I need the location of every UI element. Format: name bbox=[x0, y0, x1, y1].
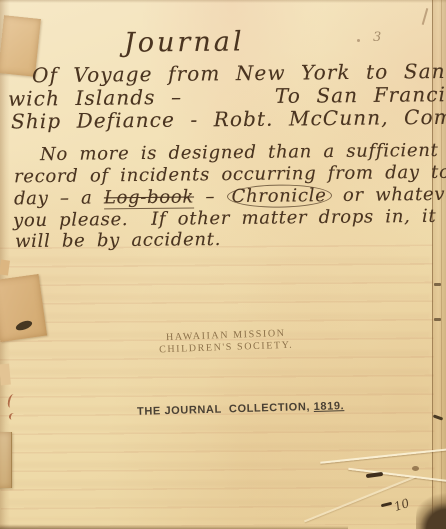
body-line-1: No more is designed than a sufficient bbox=[40, 140, 439, 165]
body-line-3-pre: day – a bbox=[14, 187, 104, 209]
paper-remnant bbox=[0, 364, 11, 386]
tape-patch-mid-left bbox=[0, 274, 47, 342]
pencil-number-mark: 3 bbox=[373, 30, 381, 45]
circled-text-chronicle: Chronicle bbox=[226, 184, 331, 208]
page-edge-bottom bbox=[0, 524, 348, 529]
pen-slash-mark bbox=[422, 8, 429, 25]
body-line-3-post: or whatever bbox=[331, 184, 446, 206]
red-ink-mark bbox=[8, 412, 17, 420]
ink-bleedthrough bbox=[8, 252, 430, 520]
ink-blot bbox=[15, 319, 34, 332]
header-line-3: Ship Defiance - Robt. McCunn, Comr bbox=[11, 105, 446, 134]
journal-title: Journal bbox=[124, 26, 245, 58]
body-line-4: you please. If other matter drops in, it bbox=[13, 206, 437, 231]
body-line-3-mid: – bbox=[194, 186, 227, 207]
collection-stamp-year: 1819. bbox=[314, 400, 345, 413]
page-edge-top bbox=[0, 0, 446, 3]
body-line-5: will be by accident. bbox=[15, 229, 221, 252]
struck-text-logbook: Log-book bbox=[104, 186, 194, 209]
edge-tick-mark bbox=[434, 318, 441, 321]
body-line-2: record of incidents occurring from day t… bbox=[14, 162, 446, 188]
journal-scan-page: Journal Of Voyage from New York to Sand-… bbox=[0, 0, 446, 529]
pencil-dot bbox=[357, 39, 360, 42]
tape-patch-bottom-left bbox=[0, 432, 12, 488]
edge-tick-mark bbox=[434, 283, 441, 286]
stain-spot bbox=[412, 466, 419, 471]
